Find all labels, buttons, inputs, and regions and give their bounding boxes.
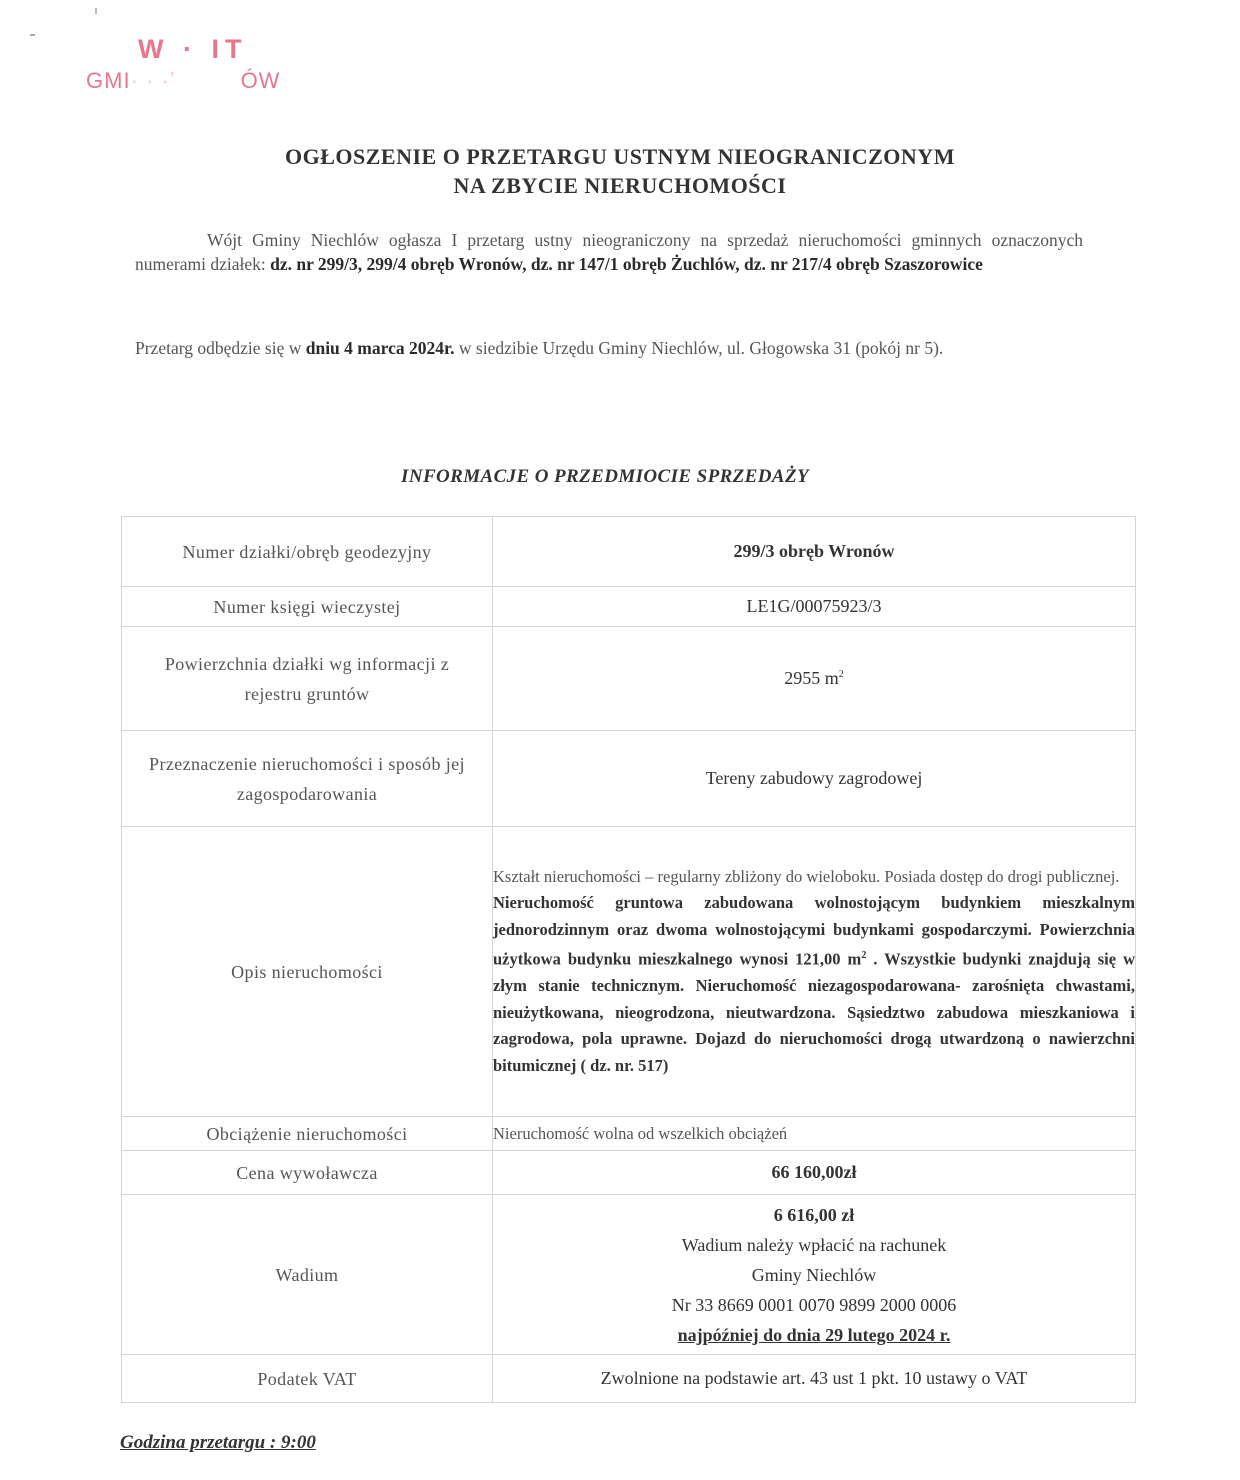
- row-label: Przeznaczenie nieruchomości i sposób jej…: [122, 731, 493, 827]
- row-label: Podatek VAT: [122, 1355, 493, 1403]
- description-shape: Kształt nieruchomości – regularny zbliżo…: [493, 867, 1119, 886]
- row-label: Obciążenie nieruchomości: [122, 1117, 493, 1151]
- deposit-amount: 6 616,00 zł: [493, 1200, 1135, 1230]
- property-info-table: Numer działki/obręb geodezyjny 299/3 obr…: [121, 516, 1136, 1403]
- row-label: Cena wywoławcza: [122, 1151, 493, 1195]
- table-row: Podatek VAT Zwolnione na podstawie art. …: [122, 1355, 1136, 1403]
- title-line-1: OGŁOSZENIE O PRZETARGU USTNYM NIEOGRANIC…: [0, 142, 1240, 171]
- starting-price: 66 160,00zł: [493, 1151, 1136, 1195]
- deposit-instruction: Wadium należy wpłacić na rachunek: [493, 1230, 1135, 1260]
- intro-parcels: dz. nr 299/3, 299/4 obręb Wronów, dz. nr…: [270, 254, 983, 274]
- table-row: Powierzchnia działki wg informacji z rej…: [122, 627, 1136, 731]
- row-value: Zwolnione na podstawie art. 43 ust 1 pkt…: [493, 1355, 1136, 1403]
- intro-paragraph: Wójt Gminy Niechlów ogłasza I przetarg u…: [135, 228, 1083, 276]
- scan-artifact: [30, 34, 35, 36]
- auction-hour: Godzina przetargu : 9:00: [120, 1432, 316, 1454]
- stamp-line-2: GMI· · ·ʼÓW: [86, 68, 280, 94]
- auction-place-paragraph: Przetarg odbędzie się w dniu 4 marca 202…: [135, 336, 1083, 360]
- row-value: 299/3 obręb Wronów: [493, 517, 1136, 587]
- row-value: Tereny zabudowy zagrodowej: [493, 731, 1136, 827]
- deposit-recipient: Gminy Niechlów: [493, 1260, 1135, 1290]
- title-line-2: NA ZBYCIE NIERUCHOMOŚCI: [0, 171, 1240, 200]
- row-value: LE1G/00075923/3: [493, 587, 1136, 627]
- stamp-line-1: W · IT: [138, 34, 247, 65]
- table-row: Cena wywoławcza 66 160,00zł: [122, 1151, 1136, 1195]
- deposit-deadline: najpóźniej do dnia 29 lutego 2024 r.: [493, 1320, 1135, 1350]
- property-description: Kształt nieruchomości – regularny zbliżo…: [493, 827, 1136, 1117]
- row-label: Numer księgi wieczystej: [122, 587, 493, 627]
- area-unit-sup: 2: [839, 669, 844, 680]
- table-row: Numer działki/obręb geodezyjny 299/3 obr…: [122, 517, 1136, 587]
- row-label: Numer działki/obręb geodezyjny: [122, 517, 493, 587]
- area-value: 2955 m: [784, 668, 839, 688]
- auction-date: dniu 4 marca 2024r.: [306, 338, 455, 358]
- auction-prefix: Przetarg odbędzie się w: [135, 338, 306, 358]
- stamp-line-2-right: ÓW: [241, 68, 281, 93]
- table-row: Obciążenie nieruchomości Nieruchomość wo…: [122, 1117, 1136, 1151]
- row-value: 2955 m2: [493, 627, 1136, 731]
- table-row: Opis nieruchomości Kształt nieruchomości…: [122, 827, 1136, 1117]
- row-value: Nieruchomość wolna od wszelkich obciążeń: [493, 1117, 1136, 1151]
- row-label: Wadium: [122, 1195, 493, 1355]
- row-label: Opis nieruchomości: [122, 827, 493, 1117]
- table-row: Numer księgi wieczystej LE1G/00075923/3: [122, 587, 1136, 627]
- table-row: Przeznaczenie nieruchomości i sposób jej…: [122, 731, 1136, 827]
- table-row: Wadium 6 616,00 zł Wadium należy wpłacić…: [122, 1195, 1136, 1355]
- scan-artifact: [95, 8, 97, 14]
- deposit-details: 6 616,00 zł Wadium należy wpłacić na rac…: [493, 1195, 1136, 1355]
- row-label: Powierzchnia działki wg informacji z rej…: [122, 627, 493, 731]
- stamp-line-2-left: GMI: [86, 68, 131, 93]
- document-title: OGŁOSZENIE O PRZETARGU USTNYM NIEOGRANIC…: [0, 142, 1240, 200]
- bank-account-number: Nr 33 8669 0001 0070 9899 2000 0006: [493, 1290, 1135, 1320]
- section-title: INFORMACJE O PRZEDMIOCIE SPRZEDAŻY: [0, 466, 1210, 488]
- auction-location: w siedzibie Urzędu Gminy Niechlów, ul. G…: [455, 338, 944, 358]
